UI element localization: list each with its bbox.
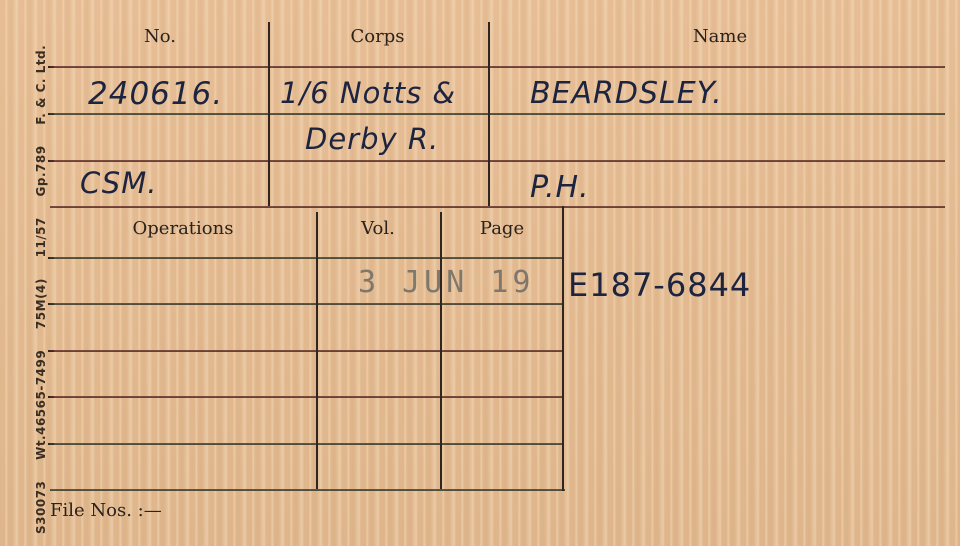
corps-line-2: Derby R. [305,122,439,156]
header-name: Name [495,26,945,47]
table-right-edge [562,206,564,491]
rule-line [50,303,563,305]
header-vol: Vol. [318,218,438,239]
medal-index-card: S30073 Wt.46565-7499 75M(4) 11/57 Gp.789… [0,0,960,546]
column-divider [316,212,318,489]
date-stamp: 3 JUN 19 [358,265,535,300]
rule-line [50,443,563,445]
column-divider [268,22,270,206]
header-page: Page [442,218,562,239]
rule-line [50,257,563,259]
surname: BEARDSLEY. [530,76,723,111]
rule-line [50,160,945,162]
imprint-code: S30073 [34,481,48,534]
header-operations: Operations [50,218,316,239]
rule-line [50,66,945,68]
file-nos-label: File Nos. :— [50,500,162,521]
header-no: No. [60,26,260,47]
imprint-printer: F. & C. Ltd. [34,45,48,125]
rule-line [50,489,565,491]
header-corps: Corps [275,26,480,47]
imprint-group: Gp.789 [34,145,48,196]
rank: CSM. [80,166,157,200]
initials: P.H. [530,170,590,205]
corps-line-1: 1/6 Notts & [280,76,456,110]
imprint-weight: Wt.46565-7499 [34,350,48,460]
service-number: 240616. [88,76,223,112]
printer-imprint: S30073 Wt.46565-7499 75M(4) 11/57 Gp.789… [22,0,52,546]
reference-number: E187-6844 [568,266,751,304]
rule-line [50,206,945,208]
rule-line [50,396,563,398]
column-divider [440,212,442,489]
column-divider [488,22,490,206]
rule-line [50,350,563,352]
rule-line [50,113,945,115]
imprint-date: 11/57 [34,217,48,257]
imprint-quantity: 75M(4) [34,278,48,329]
